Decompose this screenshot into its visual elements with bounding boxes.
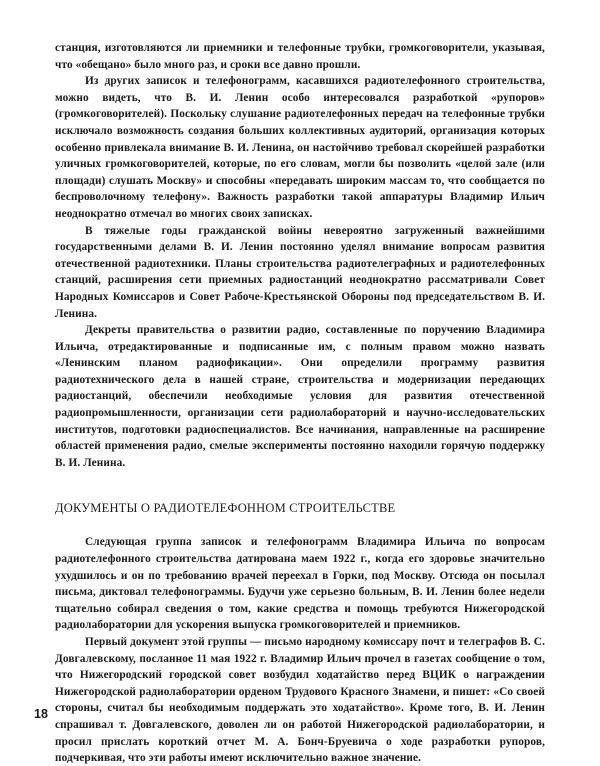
- page-body: станция, изготовляются ли приемники и те…: [55, 40, 545, 766]
- paragraph-decrees: Декреты правительства о развитии радио, …: [55, 322, 545, 471]
- paragraph-group-of-notes: Следующая группа записок и телефонограмм…: [55, 534, 545, 634]
- section-heading: ДОКУМЕНТЫ О РАДИОТЕЛЕФОННОМ СТРОИТЕЛЬСТВ…: [55, 500, 545, 516]
- paragraph-continuation: станция, изготовляются ли приемники и те…: [55, 40, 545, 73]
- paragraph-loudspeakers: Из других записок и телефонограмм, касав…: [55, 73, 545, 222]
- paragraph-first-document: Первый документ этой группы — письмо нар…: [55, 634, 545, 766]
- paragraph-civil-war: В тяжелые годы гражданской войны невероя…: [55, 223, 545, 323]
- page-number: 18: [34, 707, 48, 721]
